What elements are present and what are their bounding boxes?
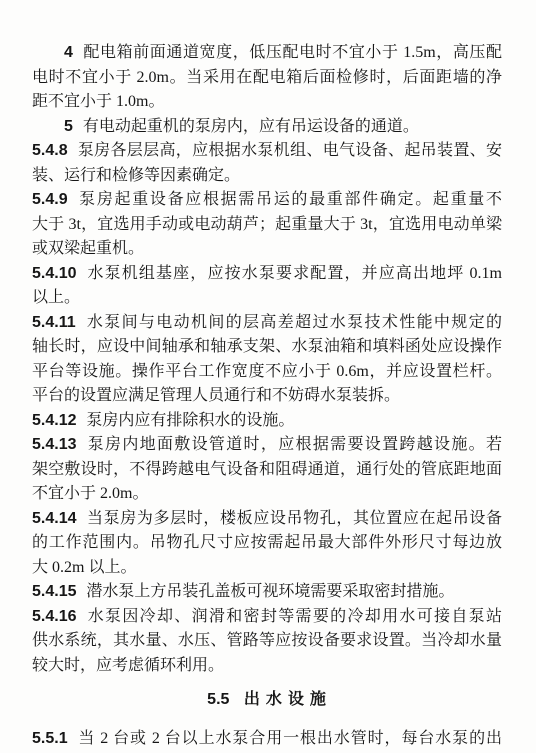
- text-line: 5.4.13泵房内地面敷设管道时，应根据需要设置跨越设施。若: [32, 433, 502, 458]
- clause-text: 泵房起重设备应根据需吊运的最重部件确定。起重量不: [78, 191, 503, 208]
- clause-text: 供水系统，其水量、水压、管路等应按设备要求设置。当冷却水量: [32, 632, 502, 649]
- clause-text: 潜水泵上方吊装孔盖板可视环境需要采取密封措施。: [86, 583, 454, 600]
- clause-text: 或双梁起重机。: [32, 240, 144, 257]
- text-line: 装、运行和检修等因素确定。: [32, 164, 502, 189]
- clause-text: 当 2 台或 2 台以上水泵合用一根出水管时，每台水泵的出: [78, 730, 503, 747]
- clause-number: 5.4.12: [32, 412, 76, 429]
- clause-text: 平台等设施。操作平台工作宽度不应小于 0.6m，并应设置栏杆。: [32, 363, 502, 380]
- text-line: 的工作范围内。吊物孔尺寸应按需起吊最大部件外形尺寸每边放: [32, 531, 502, 556]
- clause-text: 不宜小于 2.0m。: [32, 485, 148, 502]
- clause-text: 配电箱前面通道宽度，低压配电时不宜小于 1.5m，高压配: [83, 44, 502, 61]
- text-line: 5.4.8泵房各层层高，应根据水泵机组、电气设备、起吊装置、安: [32, 139, 502, 164]
- clause-number: 5.4.10: [32, 265, 76, 282]
- clause-number: 4: [64, 44, 73, 61]
- text-line: 不宜小于 2.0m。: [32, 482, 502, 507]
- text-line: 5.4.14当泵房为多层时，楼板应设吊物孔，其位置应在起吊设备: [32, 507, 502, 532]
- clause-number: 5.4.15: [32, 583, 76, 600]
- clause-text: 大 0.2m 以上。: [32, 559, 136, 576]
- clause-number: 5.4.11: [32, 314, 76, 331]
- text-line: 电时不宜小于 2.0m。当采用在配电箱后面检修时，后面距墙的净: [32, 66, 502, 91]
- text-line: 较大时，应考虑循环利用。: [32, 654, 502, 679]
- text-line: 5.5.1当 2 台或 2 台以上水泵合用一根出水管时，每台水泵的出: [32, 727, 502, 752]
- clause-text: 水泵机组基座，应按水泵要求配置，并应高出地坪 0.1m: [86, 265, 502, 282]
- text-line: 平台的设置应满足管理人员通行和不妨碍水泵装拆。: [32, 384, 502, 409]
- document-page: 4配电箱前面通道宽度，低压配电时不宜小于 1.5m，高压配 电时不宜小于 2.0…: [0, 0, 536, 753]
- clause-text: 装、运行和检修等因素确定。: [32, 167, 240, 184]
- clause-text: 的工作范围内。吊物孔尺寸应按需起吊最大部件外形尺寸每边放: [32, 534, 502, 551]
- clause-text: 电时不宜小于 2.0m。当采用在配电箱后面检修时，后面距墙的净: [32, 69, 502, 86]
- text-line: 5.4.9泵房起重设备应根据需吊运的最重部件确定。起重量不: [32, 188, 502, 213]
- clause-text: 轴长时，应设中间轴承和轴承支架、水泵油箱和填料函处应设操作: [32, 338, 502, 355]
- text-line: 平台等设施。操作平台工作宽度不应小于 0.6m，并应设置栏杆。: [32, 360, 502, 385]
- clause-number: 5: [64, 118, 73, 135]
- clause-text: 水泵间与电动机间的层高差超过水泵技术性能中规定的: [86, 314, 502, 331]
- text-line: 5有电动起重机的泵房内，应有吊运设备的通道。: [32, 115, 502, 140]
- text-line: 供水系统，其水量、水压、管路等应按设备要求设置。当冷却水量: [32, 629, 502, 654]
- text-line: 大于 3t，宜选用手动或电动葫芦；起重量大于 3t，宜选用电动单梁: [32, 213, 502, 238]
- section-heading: 5.5出 水 设 施: [32, 688, 502, 713]
- clause-text: 有电动起重机的泵房内，应有吊运设备的通道。: [83, 118, 419, 135]
- text-line: 轴长时，应设中间轴承和轴承支架、水泵油箱和填料函处应设操作: [32, 335, 502, 360]
- text-line: 5.4.16水泵因冷却、润滑和密封等需要的冷却用水可接自泵站: [32, 605, 502, 630]
- text-line: 或双梁起重机。: [32, 237, 502, 262]
- text-line: 4配电箱前面通道宽度，低压配电时不宜小于 1.5m，高压配: [32, 41, 502, 66]
- text-line: 5.4.11水泵间与电动机间的层高差超过水泵技术性能中规定的: [32, 311, 502, 336]
- clause-text: 泵房内应有排除积水的设施。: [86, 412, 294, 429]
- text-line: 5.4.15潜水泵上方吊装孔盖板可视环境需要采取密封措施。: [32, 580, 502, 605]
- clause-number: 5.4.16: [32, 608, 76, 625]
- clause-text: 泵房各层层高，应根据水泵机组、电气设备、起吊装置、安: [78, 142, 503, 159]
- text-line: 以上。: [32, 286, 502, 311]
- clause-text: 距不宜小于 1.0m。: [32, 93, 164, 110]
- section-title: 出 水 设 施: [244, 691, 327, 708]
- clause-text: 较大时，应考虑循环利用。: [32, 657, 224, 674]
- text-line: 距不宜小于 1.0m。: [32, 90, 502, 115]
- clause-number: 5.5.1: [32, 730, 68, 747]
- section-number: 5.5: [207, 691, 229, 708]
- clause-number: 5.4.14: [32, 510, 76, 527]
- text-line: 5.4.12泵房内应有排除积水的设施。: [32, 409, 502, 434]
- clause-number: 5.4.8: [32, 142, 68, 159]
- text-line: 5.4.10水泵机组基座，应按水泵要求配置，并应高出地坪 0.1m: [32, 262, 502, 287]
- clause-number: 5.4.9: [32, 191, 68, 208]
- clause-text: 以上。: [32, 289, 80, 306]
- text-line: 架空敷设时，不得跨越电气设备和阻碍通道，通行处的管底距地面: [32, 458, 502, 483]
- clause-text: 架空敷设时，不得跨越电气设备和阻碍通道，通行处的管底距地面: [32, 461, 502, 478]
- clause-text: 水泵因冷却、润滑和密封等需要的冷却用水可接自泵站: [86, 608, 502, 625]
- text-line: 大 0.2m 以上。: [32, 556, 502, 581]
- clause-text: 平台的设置应满足管理人员通行和不妨碍水泵装拆。: [32, 387, 400, 404]
- clause-number: 5.4.13: [32, 436, 76, 453]
- clause-text: 泵房内地面敷设管道时，应根据需要设置跨越设施。若: [86, 436, 502, 453]
- clause-text: 大于 3t，宜选用手动或电动葫芦；起重量大于 3t，宜选用电动单梁: [32, 216, 502, 233]
- clause-text: 当泵房为多层时，楼板应设吊物孔，其位置应在起吊设备: [86, 510, 502, 527]
